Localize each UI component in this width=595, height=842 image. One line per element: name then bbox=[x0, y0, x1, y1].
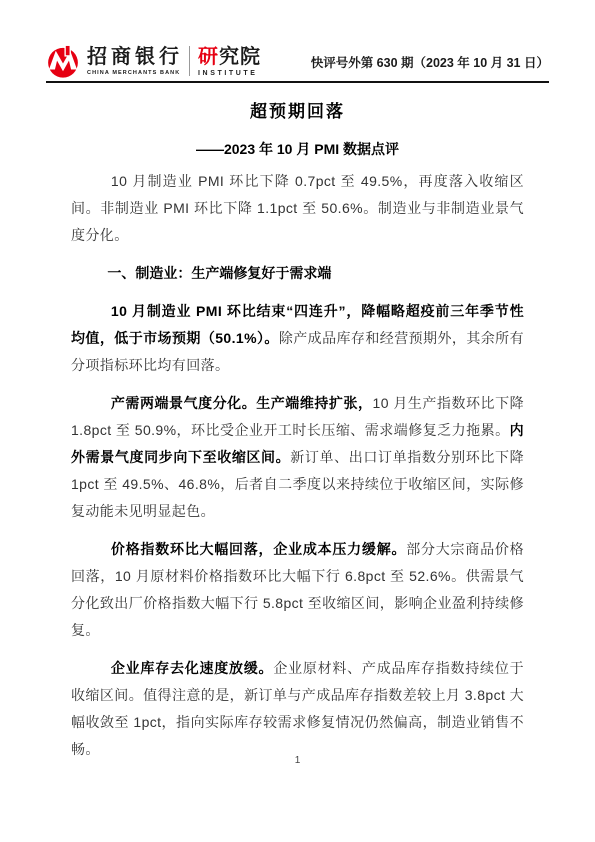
header-rule bbox=[46, 81, 549, 83]
header-divider bbox=[189, 46, 190, 76]
text-run-bold: 企业库存去化速度放缓。 bbox=[111, 660, 273, 676]
report-header: 招商银行 CHINA MERCHANTS BANK 研究院 INSTITUTE … bbox=[46, 0, 549, 78]
body-paragraph: 10 月制造业 PMI 环比结束“四连升”，降幅略超疫前三年季节性均值，低于市场… bbox=[71, 298, 524, 379]
bank-name-block: 招商银行 CHINA MERCHANTS BANK bbox=[87, 46, 183, 76]
bank-name-cn: 招商银行 bbox=[87, 46, 183, 68]
report-content: 超预期回落 ——2023 年 10 月 PMI 数据点评 10 月制造业 PMI… bbox=[46, 101, 549, 763]
institute-red-char: 研 bbox=[198, 46, 219, 68]
intro-paragraph: 10 月制造业 PMI 环比下降 0.7pct 至 49.5%，再度落入收缩区间… bbox=[71, 168, 524, 249]
page-subtitle: ——2023 年 10 月 PMI 数据点评 bbox=[71, 139, 524, 159]
body-paragraph: 价格指数环比大幅回落，企业成本压力缓解。部分大宗商品价格回落，10 月原材料价格… bbox=[71, 536, 524, 644]
institute-rest-chars: 究院 bbox=[219, 46, 261, 68]
text-run-bold: 产需两端景气度分化。生产端维持扩张， bbox=[111, 395, 373, 411]
report-page: 招商银行 CHINA MERCHANTS BANK 研究院 INSTITUTE … bbox=[0, 0, 595, 842]
institute-name-cn: 研究院 bbox=[198, 46, 261, 68]
page-number: 1 bbox=[0, 755, 595, 766]
text-run: 10 月制造业 PMI 环比下降 0.7pct 至 49.5%，再度落入收缩区间… bbox=[71, 173, 524, 243]
cmb-logo-icon bbox=[46, 44, 80, 78]
section-1-heading: 一、制造业：生产端修复好于需求端 bbox=[71, 260, 524, 287]
bank-name-en: CHINA MERCHANTS BANK bbox=[87, 70, 183, 76]
body-paragraph: 产需两端景气度分化。生产端维持扩张，10 月生产指数环比下降 1.8pct 至 … bbox=[71, 390, 524, 525]
issue-info: 快评号外第 630 期（2023 年 10 月 31 日） bbox=[311, 53, 549, 78]
institute-name-en: INSTITUTE bbox=[198, 70, 261, 77]
text-run-bold: 价格指数环比大幅回落，企业成本压力缓解。 bbox=[111, 541, 406, 557]
institute-block: 研究院 INSTITUTE bbox=[198, 46, 261, 77]
page-title: 超预期回落 bbox=[71, 101, 524, 123]
body-paragraph: 企业库存去化速度放缓。企业原材料、产成品库存指数持续位于收缩区间。值得注意的是，… bbox=[71, 655, 524, 763]
